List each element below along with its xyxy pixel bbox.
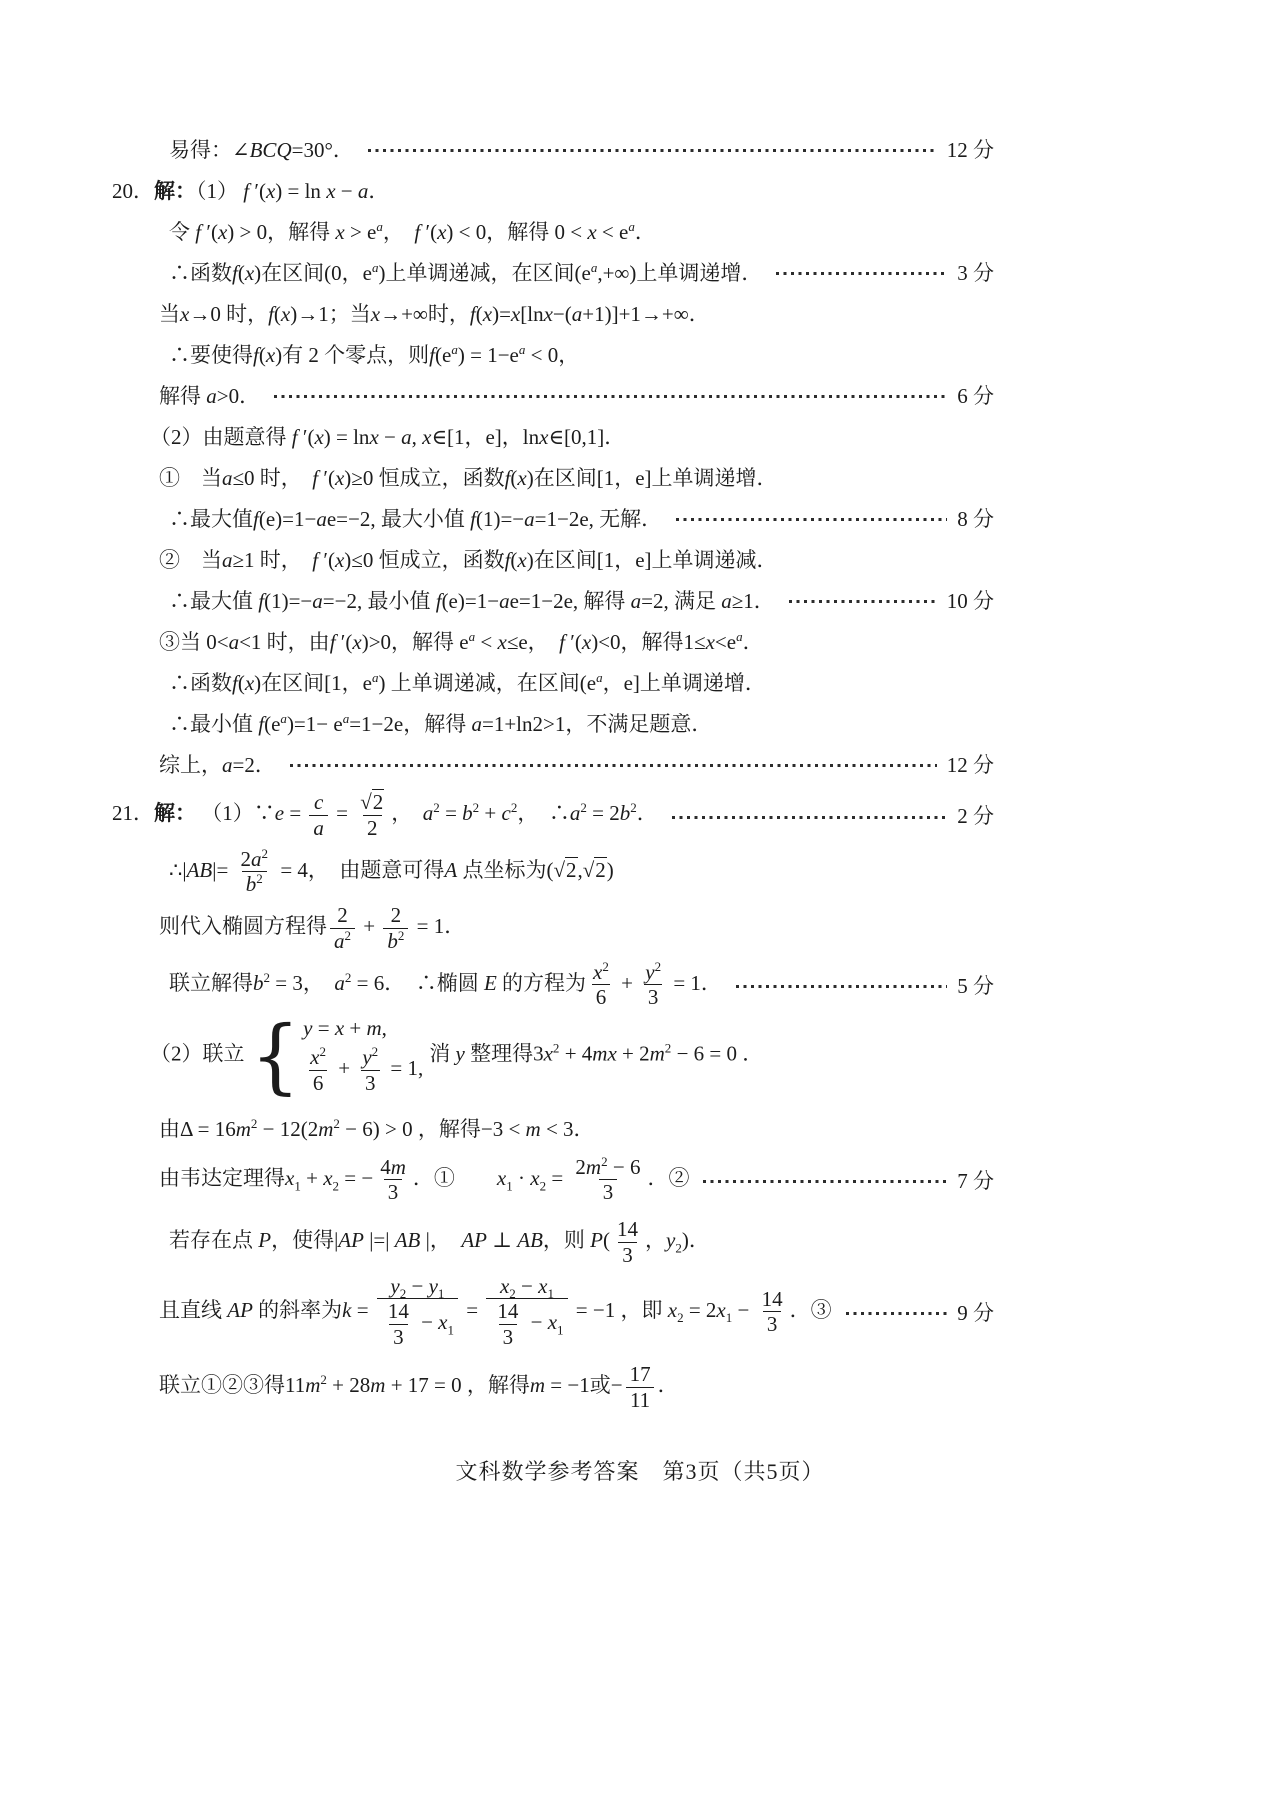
line-expression: ③当 0<a<1 时，由f ′(x)>0，解得 ea < x≤e， f ′(x)… (159, 626, 764, 656)
dotted-leader (846, 1312, 948, 1315)
q21-heading-part1: 21．解： （1）∵e = ca = √22， a2 = b2 + c2， ∴a… (112, 790, 994, 841)
q20-case2: ② 当a≥1 时， f ′(x)≤0 恒成立，函数f(x)在区间[1，e]上单调… (112, 538, 994, 579)
dotted-leader (703, 1180, 947, 1183)
q21-point-p: 若存在点 P，使得|AP |=| AB |， AP ⊥ AB，则 P(143，y… (112, 1217, 994, 1268)
line-expression: （2）由题意得 f ′(x) = lnx − a, x∈[1，e]，lnx∈[0… (150, 421, 625, 451)
page-footer: 文科数学参考答案 第3页（共5页） (0, 1455, 1280, 1486)
line-expression: 20．解：（1） f ′(x) = ln x − a． (112, 175, 389, 205)
q20-case2-result: ∴最大值 f(1)=−a=−2, 最小值 f(e)=1−ae=1−2e, 解得 … (112, 579, 994, 620)
dotted-leader (776, 272, 947, 275)
score-label: 9 分 (957, 1297, 994, 1327)
score-label: 5 分 (957, 970, 994, 1000)
q21-vieta: 由韦达定理得x1 + x2 = −4m3．① x1 · x2 = 2m2 − 6… (112, 1155, 994, 1206)
dotted-leader (290, 764, 937, 767)
line-expression: ∴最大值 f(1)=−a=−2, 最小值 f(e)=1−ae=1−2e, 解得 … (169, 585, 775, 615)
q20-case3-result: ∴最小值 f(ea)=1− ea=1−2e，解得 a=1+ln2>1，不满足题意… (112, 702, 994, 743)
q20-case3: ③当 0<a<1 时，由f ′(x)>0，解得 ea < x≤e， f ′(x)… (112, 620, 994, 661)
q21-discriminant: 由Δ = 16m2 − 12(2m2 − 6) > 0 ，解得−3 < m < … (112, 1108, 994, 1149)
line-expression: （2）联立{y = x + m,x26 + y23 = 1,消 y 整理得3x2… (150, 1016, 763, 1096)
line-expression: 21．解： （1）∵e = ca = √22， a2 = b2 + c2， ∴a… (112, 790, 658, 841)
dotted-leader (736, 985, 947, 988)
q21-ellipse-equation: 联立解得b2 = 3， a2 = 6． ∴椭圆 E 的方程为x26 + y23 … (112, 960, 994, 1011)
q20-case1: ① 当a≤0 时， f ′(x)≥0 恒成立，函数f(x)在区间[1，e]上单调… (112, 456, 994, 497)
dotted-leader (789, 600, 937, 603)
dotted-leader (672, 816, 948, 819)
score-label: 12 分 (947, 749, 994, 779)
line-expression: ∴要使得f(x)有 2 个零点，则f(ea) = 1−ea < 0， (169, 339, 579, 369)
score-label: 12 分 (947, 134, 994, 164)
line-expression: ∴|AB|= 2a2b2 = 4， 由题意可得A 点坐标为(√2,√2) (169, 847, 614, 898)
line-expression: 当x→0 时，f(x)→1；当x→+∞时，f(x)=x[lnx−(a+1)]+1… (159, 298, 710, 328)
line-expression: 若存在点 P，使得|AP |=| AB |， AP ⊥ AB，则 P(143，y… (169, 1217, 710, 1268)
q20-case1-result: ∴最大值f(e)=1−ae=−2, 最大小值 f(1)=−a=1−2e, 无解．… (112, 497, 994, 538)
line-expression: 联立①②③得11m2 + 28m + 17 = 0 ，解得m = −1或−171… (159, 1362, 679, 1413)
q20-heading-part1: 20．解：（1） f ′(x) = ln x − a． (112, 169, 994, 210)
dotted-leader (368, 149, 937, 152)
line-expression: 解得 a>0． (159, 380, 260, 410)
line-expression: 易得：∠BCQ=30°． (169, 134, 354, 164)
q20-final-answer: 综上，a=2．12 分 (112, 743, 994, 784)
line-expression: 联立解得b2 = 3， a2 = 6． ∴椭圆 E 的方程为x26 + y23 … (169, 960, 722, 1011)
answer-key-page: 易得：∠BCQ=30°．12 分20．解：（1） f ′(x) = ln x −… (0, 0, 1280, 1808)
score-label: 8 分 (957, 503, 994, 533)
score-label: 10 分 (947, 585, 994, 615)
q20-derivative-signs: 令 f ′(x) > 0，解得 x > ea， f ′(x) < 0，解得 0 … (112, 210, 994, 251)
q21-ab-length: ∴|AB|= 2a2b2 = 4， 由题意可得A 点坐标为(√2,√2) (112, 847, 994, 898)
line-expression: ∴最小值 f(ea)=1− ea=1−2e，解得 a=1+ln2>1，不满足题意… (169, 708, 712, 738)
q21-part2-system: （2）联立{y = x + m,x26 + y23 = 1,消 y 整理得3x2… (112, 1016, 994, 1096)
footer-text: 文科数学参考答案 第3页（共5页） (455, 1459, 824, 1484)
q20-part2-setup: （2）由题意得 f ′(x) = lnx − a, x∈[1，e]，lnx∈[0… (112, 415, 994, 456)
q21-solve-m: 联立①②③得11m2 + 28m + 17 = 0 ，解得m = −1或−171… (112, 1362, 994, 1413)
line-expression: 由韦达定理得x1 + x2 = −4m3．① x1 · x2 = 2m2 − 6… (159, 1155, 689, 1206)
line-expression: ② 当a≥1 时， f ′(x)≤0 恒成立，函数f(x)在区间[1，e]上单调… (159, 544, 778, 574)
line-expression: 且直线 AP 的斜率为k = y2 − y1143 − x1 = x2 − x1… (159, 1274, 832, 1350)
q20-part1-answer: 解得 a>0．6 分 (112, 374, 994, 415)
line-expression: ① 当a≤0 时， f ′(x)≥0 恒成立，函数f(x)在区间[1，e]上单调… (159, 462, 778, 492)
solution-content: 易得：∠BCQ=30°．12 分20．解：（1） f ′(x) = ln x −… (112, 0, 994, 1413)
line-expression: ∴函数f(x)在区间[1，ea) 上单调递减，在区间(ea，e]上单调递增． (169, 667, 766, 697)
score-label: 7 分 (957, 1165, 994, 1195)
q21-slope: 且直线 AP 的斜率为k = y2 − y1143 − x1 = x2 − x1… (112, 1274, 994, 1350)
q20-limits: 当x→0 时，f(x)→1；当x→+∞时，f(x)=x[lnx−(a+1)]+1… (112, 292, 994, 333)
q20-two-zeros-condition: ∴要使得f(x)有 2 个零点，则f(ea) = 1−ea < 0， (112, 333, 994, 374)
line-expression: 由Δ = 16m2 − 12(2m2 − 6) > 0 ，解得−3 < m < … (159, 1113, 595, 1143)
line-expression: 综上，a=2． (159, 749, 276, 779)
q20-monotonicity: ∴函数f(x)在区间(0，ea)上单调递减，在区间(ea,+∞)上单调递增．3 … (112, 251, 994, 292)
q21-substitute-ellipse: 则代入椭圆方程得2a2 + 2b2 = 1． (112, 903, 994, 954)
line-expression: ∴函数f(x)在区间(0，ea)上单调递减，在区间(ea,+∞)上单调递增． (169, 257, 762, 287)
line-expression: 令 f ′(x) > 0，解得 x > ea， f ′(x) < 0，解得 0 … (169, 216, 656, 246)
score-label: 2 分 (957, 800, 994, 830)
line-expression: ∴最大值f(e)=1−ae=−2, 最大小值 f(1)=−a=1−2e, 无解． (169, 503, 662, 533)
line-expression: 则代入椭圆方程得2a2 + 2b2 = 1． (159, 903, 465, 954)
dotted-leader (274, 395, 947, 398)
score-label: 3 分 (957, 257, 994, 287)
dotted-leader (676, 518, 947, 521)
q20-case3-monotonicity: ∴函数f(x)在区间[1，ea) 上单调递减，在区间(ea，e]上单调递增． (112, 661, 994, 702)
score-label: 6 分 (957, 380, 994, 410)
q19-angle-conclusion: 易得：∠BCQ=30°．12 分 (112, 128, 994, 169)
